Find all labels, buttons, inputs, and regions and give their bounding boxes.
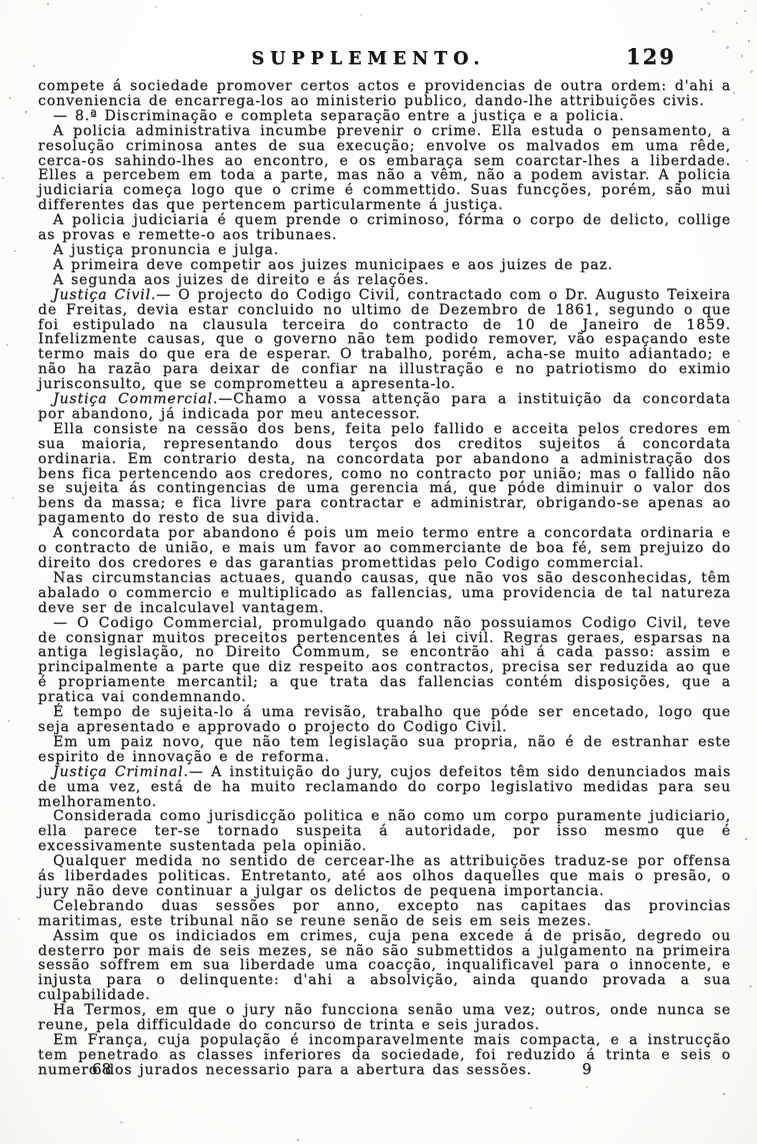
paragraph: Justiça Commercial.—Chamo a vossa attenç… [38,392,731,422]
paragraph: A primeira deve competir aos juizes muni… [38,258,731,273]
paragraph: A justiça pronuncia e julga. [38,243,731,258]
paragraph: Ella consiste na cessão dos bens, feita … [38,422,731,526]
paragraph-text: Assim que os indiciados em crimes, cuja … [38,928,731,1004]
paragraph: A policia judiciaria é quem prende o cri… [38,213,731,243]
paragraph-text: A justiça pronuncia e julga. [53,242,279,258]
paragraph-text: — O Codigo Commercial, promulgado quando… [38,615,731,706]
page-number: 129 [626,44,676,69]
paragraph: — O Codigo Commercial, promulgado quando… [38,616,731,705]
paragraph-lead-italic: Justiça Criminal. [53,764,189,780]
paragraph: Ha Termos, em que o jury não funcciona s… [38,1003,731,1033]
body-text-column: compete á sociedade promover certos acto… [38,79,731,1078]
paragraph: Considerada como jurisdicção politica e … [38,809,731,854]
paragraph-text: Qualquer medida no sentido de cercear-lh… [38,853,731,899]
paragraph-text: Em um paiz novo, que não tem legislação … [38,734,731,765]
scanned-document-page: SUPPLEMENTO. 129 compete á sociedade pro… [0,0,757,1144]
scan-noise [0,0,3,3]
signature-mark-right: 9 [582,1060,592,1078]
paragraph: compete á sociedade promover certos acto… [38,79,731,109]
paragraph-text: compete á sociedade promover certos acto… [38,78,731,109]
paragraph: A concordata por abandono é pois um meio… [38,526,731,571]
paragraph-text: Considerada como jurisdicção politica e … [38,808,731,854]
paragraph-text: A concordata por abandono é pois um meio… [38,525,731,571]
paragraph-text: A primeira deve competir aos juizes muni… [53,257,613,273]
paragraph: A segunda aos juizes de direito e ás rel… [38,273,731,288]
paragraph: Qualquer medida no sentido de cercear-lh… [38,854,731,899]
paragraph-text: Celebrando duas sessões por anno, except… [38,898,731,929]
paragraph-lead-italic: Justiça Commercial. [53,391,218,407]
journal-title: SUPPLEMENTO. [252,49,486,69]
paragraph: A policia administrativa incumbe preveni… [38,124,731,213]
paragraph: Em um paiz novo, que não tem legislação … [38,735,731,765]
paragraph: Assim que os indiciados em crimes, cuja … [38,929,731,1004]
paragraph-text: — 8.ª Discriminação e completa separação… [53,108,624,124]
paragraph-text: A policia administrativa incumbe preveni… [38,123,731,214]
paragraph: — 8.ª Discriminação e completa separação… [38,109,731,124]
paragraph-text: A segunda aos juizes de direito e ás rel… [53,272,429,288]
paragraph-lead-italic: Justiça Civil. [53,287,156,303]
page-footer: 68 9 [38,1060,731,1080]
paragraph-text: É tempo de sujeita-lo á uma revisão, tra… [38,704,731,735]
paragraph-text: Nas circumstancias actuaes, quando causa… [38,570,731,616]
signature-mark-left: 68 [92,1060,111,1078]
paragraph-text: — O projecto do Codigo Civil, contractad… [38,287,731,392]
paragraph: Justiça Criminal.— A instituição do jury… [38,765,731,810]
paragraph-text: Ella consiste na cessão dos bens, feita … [38,421,731,526]
paragraph: Justiça Civil.— O projecto do Codigo Civ… [38,288,731,392]
paragraph: Celebrando duas sessões por anno, except… [38,899,731,929]
paragraph: Nas circumstancias actuaes, quando causa… [38,571,731,616]
paragraph-text: A policia judiciaria é quem prende o cri… [38,212,731,243]
paragraph: É tempo de sujeita-lo á uma revisão, tra… [38,705,731,735]
paragraph-text: Ha Termos, em que o jury não funcciona s… [38,1002,731,1033]
